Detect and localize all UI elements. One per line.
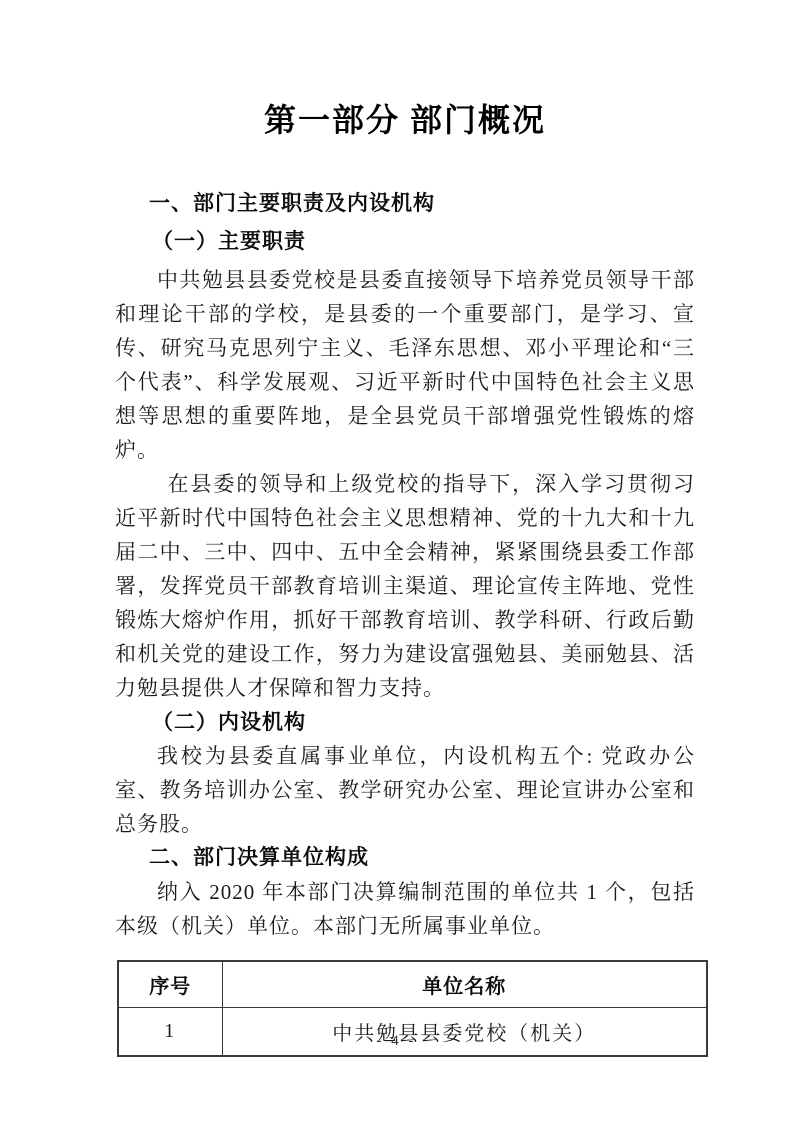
page-number: - 4 - xyxy=(0,1033,793,1050)
table-header-row: 序号 单位名称 xyxy=(118,961,707,1008)
document-title: 第一部分 部门概况 xyxy=(115,100,695,140)
unit-composition-paragraph: 纳入 2020 年本部门决算编制范围的单位共 1 个，包括本级（机关）单位。本部… xyxy=(115,875,695,943)
subsection-1-2-heading: （二）内设机构 xyxy=(115,710,695,734)
section-1-heading: 一、部门主要职责及内设机构 xyxy=(115,192,695,216)
section-2-heading: 二、部门决算单位构成 xyxy=(115,846,695,870)
main-duties-paragraph-1: 中共勉县县委党校是县委直接领导下培养党员领导干部和理论干部的学校，是县委的一个重… xyxy=(115,263,695,467)
main-duties-paragraph-2: 在县委的领导和上级党校的指导下，深入学习贯彻习近平新时代中国特色社会主义思想精神… xyxy=(115,467,695,705)
subsection-1-1-heading: （一）主要职责 xyxy=(115,229,695,253)
table-header-serial-number: 序号 xyxy=(118,961,222,1008)
internal-structure-paragraph: 我校为县委直属事业单位，内设机构五个: 党政办公室、教务培训办公室、教学研究办公… xyxy=(115,739,695,841)
document-page: 第一部分 部门概况 一、部门主要职责及内设机构 （一）主要职责 中共勉县县委党校… xyxy=(0,0,793,1122)
table-header-unit-name: 单位名称 xyxy=(222,961,707,1008)
